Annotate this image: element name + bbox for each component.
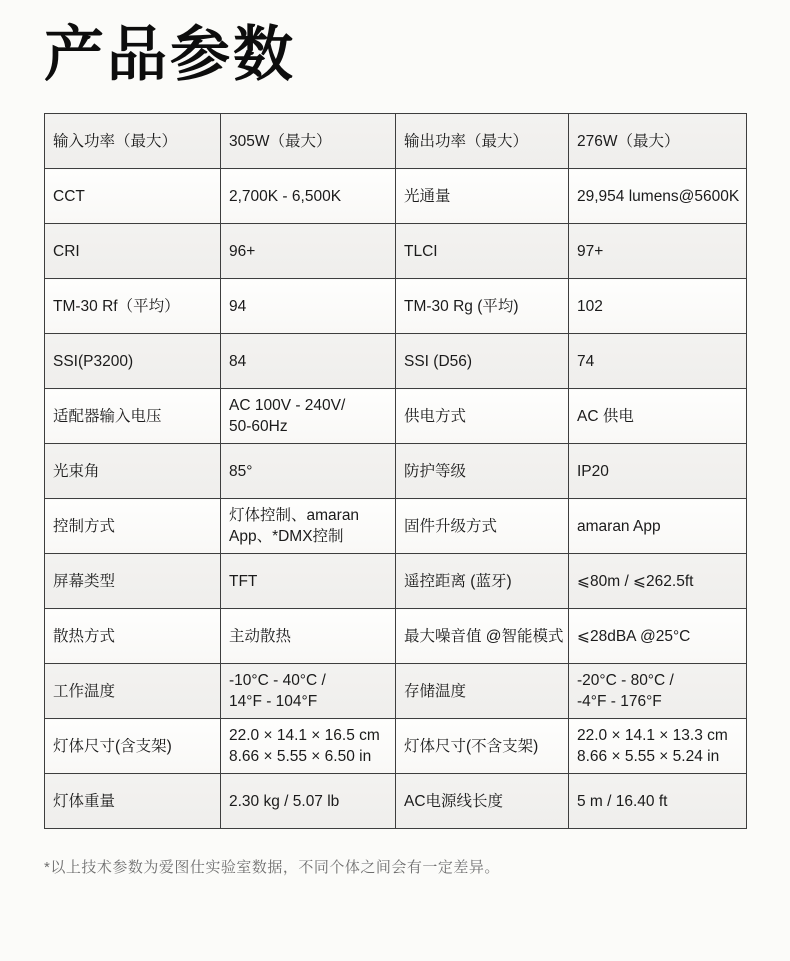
spec-value: 97+	[569, 224, 747, 279]
spec-label: 输出功率（最大）	[396, 114, 569, 169]
spec-value: 276W（最大）	[569, 114, 747, 169]
spec-value: 2,700K - 6,500K	[221, 169, 396, 224]
table-row: TM-30 Rf（平均） 94 TM-30 Rg (平均) 102	[45, 279, 747, 334]
spec-label: 屏幕类型	[45, 554, 221, 609]
spec-label: TM-30 Rg (平均)	[396, 279, 569, 334]
spec-value: AC 供电	[569, 389, 747, 444]
spec-label: 光通量	[396, 169, 569, 224]
spec-value: 102	[569, 279, 747, 334]
spec-label: SSI(P3200)	[45, 334, 221, 389]
spec-label: CCT	[45, 169, 221, 224]
spec-label: AC电源线长度	[396, 774, 569, 829]
spec-label: 适配器输入电压	[45, 389, 221, 444]
spec-value: IP20	[569, 444, 747, 499]
spec-label: TLCI	[396, 224, 569, 279]
spec-value: 96+	[221, 224, 396, 279]
spec-value: ⩽28dBA @25°C	[569, 609, 747, 664]
table-row: 输入功率（最大） 305W（最大） 输出功率（最大） 276W（最大）	[45, 114, 747, 169]
spec-label: CRI	[45, 224, 221, 279]
spec-value: 22.0 × 14.1 × 13.3 cm 8.66 × 5.55 × 5.24…	[569, 719, 747, 774]
table-row: 工作温度 -10°C - 40°C / 14°F - 104°F 存储温度 -2…	[45, 664, 747, 719]
spec-label: SSI (D56)	[396, 334, 569, 389]
spec-label: 防护等级	[396, 444, 569, 499]
footnote: *以上技术参数为爱图仕实验室数据，不同个体之间会有一定差异。	[44, 856, 790, 877]
table-row: 适配器输入电压 AC 100V - 240V/ 50-60Hz 供电方式 AC …	[45, 389, 747, 444]
spec-value: 灯体控制、amaran App、*DMX控制	[221, 499, 396, 554]
spec-label: 灯体尺寸(不含支架)	[396, 719, 569, 774]
spec-label: 存储温度	[396, 664, 569, 719]
table-row: 灯体尺寸(含支架) 22.0 × 14.1 × 16.5 cm 8.66 × 5…	[45, 719, 747, 774]
table-row: CRI 96+ TLCI 97+	[45, 224, 747, 279]
table-row: 控制方式 灯体控制、amaran App、*DMX控制 固件升级方式 amara…	[45, 499, 747, 554]
page-title: 产品参数	[44, 22, 790, 88]
spec-value: 5 m / 16.40 ft	[569, 774, 747, 829]
table-row: 屏幕类型 TFT 遥控距离 (蓝牙) ⩽80m / ⩽262.5ft	[45, 554, 747, 609]
spec-value: 74	[569, 334, 747, 389]
spec-value: 305W（最大）	[221, 114, 396, 169]
spec-value: AC 100V - 240V/ 50-60Hz	[221, 389, 396, 444]
spec-label: 散热方式	[45, 609, 221, 664]
spec-label: 固件升级方式	[396, 499, 569, 554]
spec-label: 灯体尺寸(含支架)	[45, 719, 221, 774]
spec-label: 光束角	[45, 444, 221, 499]
spec-value: amaran App	[569, 499, 747, 554]
table-row: 灯体重量 2.30 kg / 5.07 lb AC电源线长度 5 m / 16.…	[45, 774, 747, 829]
table-row: CCT 2,700K - 6,500K 光通量 29,954 lumens@56…	[45, 169, 747, 224]
table-row: 散热方式 主动散热 最大噪音值 @智能模式 ⩽28dBA @25°C	[45, 609, 747, 664]
spec-value: 29,954 lumens@5600K	[569, 169, 747, 224]
table-row: 光束角 85° 防护等级 IP20	[45, 444, 747, 499]
spec-label: 遥控距离 (蓝牙)	[396, 554, 569, 609]
spec-sheet: 产品参数 输入功率（最大） 305W（最大） 输出功率（最大） 276W（最大）…	[0, 0, 790, 877]
spec-label: 最大噪音值 @智能模式	[396, 609, 569, 664]
spec-value: 84	[221, 334, 396, 389]
spec-value: -20°C - 80°C / -4°F - 176°F	[569, 664, 747, 719]
spec-value: 85°	[221, 444, 396, 499]
spec-label: 控制方式	[45, 499, 221, 554]
spec-table: 输入功率（最大） 305W（最大） 输出功率（最大） 276W（最大） CCT …	[44, 113, 747, 829]
spec-value: -10°C - 40°C / 14°F - 104°F	[221, 664, 396, 719]
spec-value: 主动散热	[221, 609, 396, 664]
spec-value: 2.30 kg / 5.07 lb	[221, 774, 396, 829]
spec-label: 工作温度	[45, 664, 221, 719]
spec-label: 供电方式	[396, 389, 569, 444]
spec-value: ⩽80m / ⩽262.5ft	[569, 554, 747, 609]
spec-value: 94	[221, 279, 396, 334]
spec-value: TFT	[221, 554, 396, 609]
spec-label: TM-30 Rf（平均）	[45, 279, 221, 334]
spec-label: 灯体重量	[45, 774, 221, 829]
spec-value: 22.0 × 14.1 × 16.5 cm 8.66 × 5.55 × 6.50…	[221, 719, 396, 774]
table-row: SSI(P3200) 84 SSI (D56) 74	[45, 334, 747, 389]
spec-label: 输入功率（最大）	[45, 114, 221, 169]
